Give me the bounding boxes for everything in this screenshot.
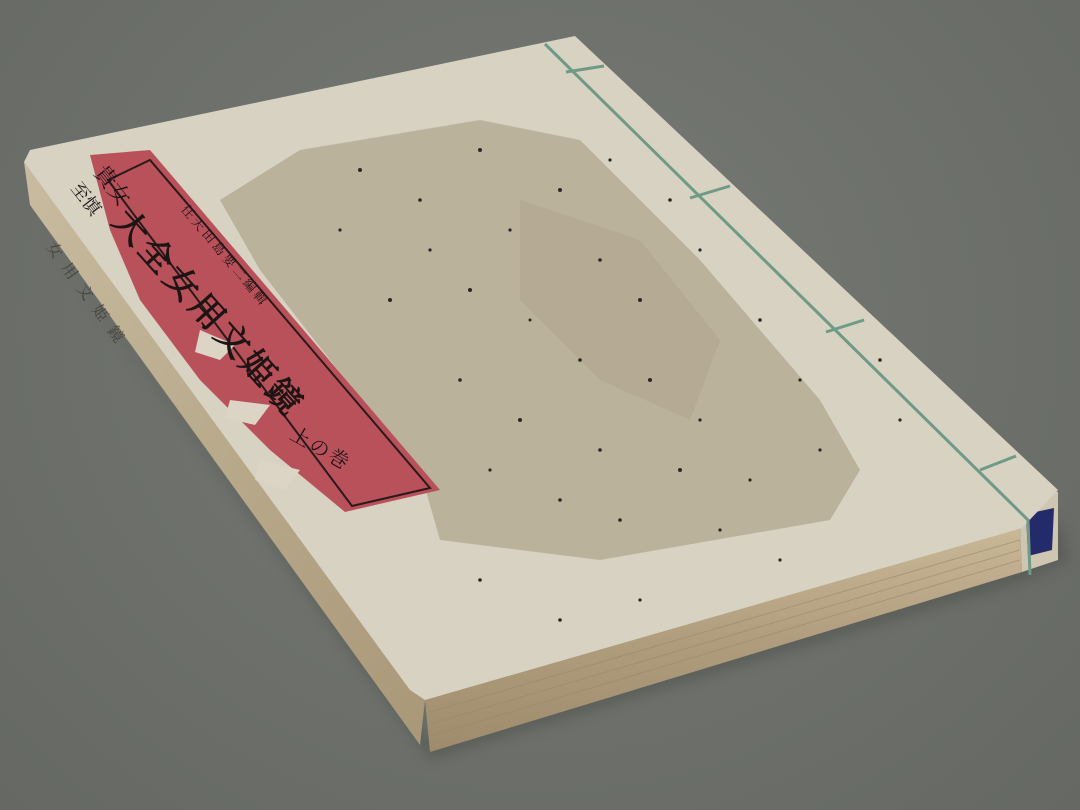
- book-illustration: [0, 0, 1080, 810]
